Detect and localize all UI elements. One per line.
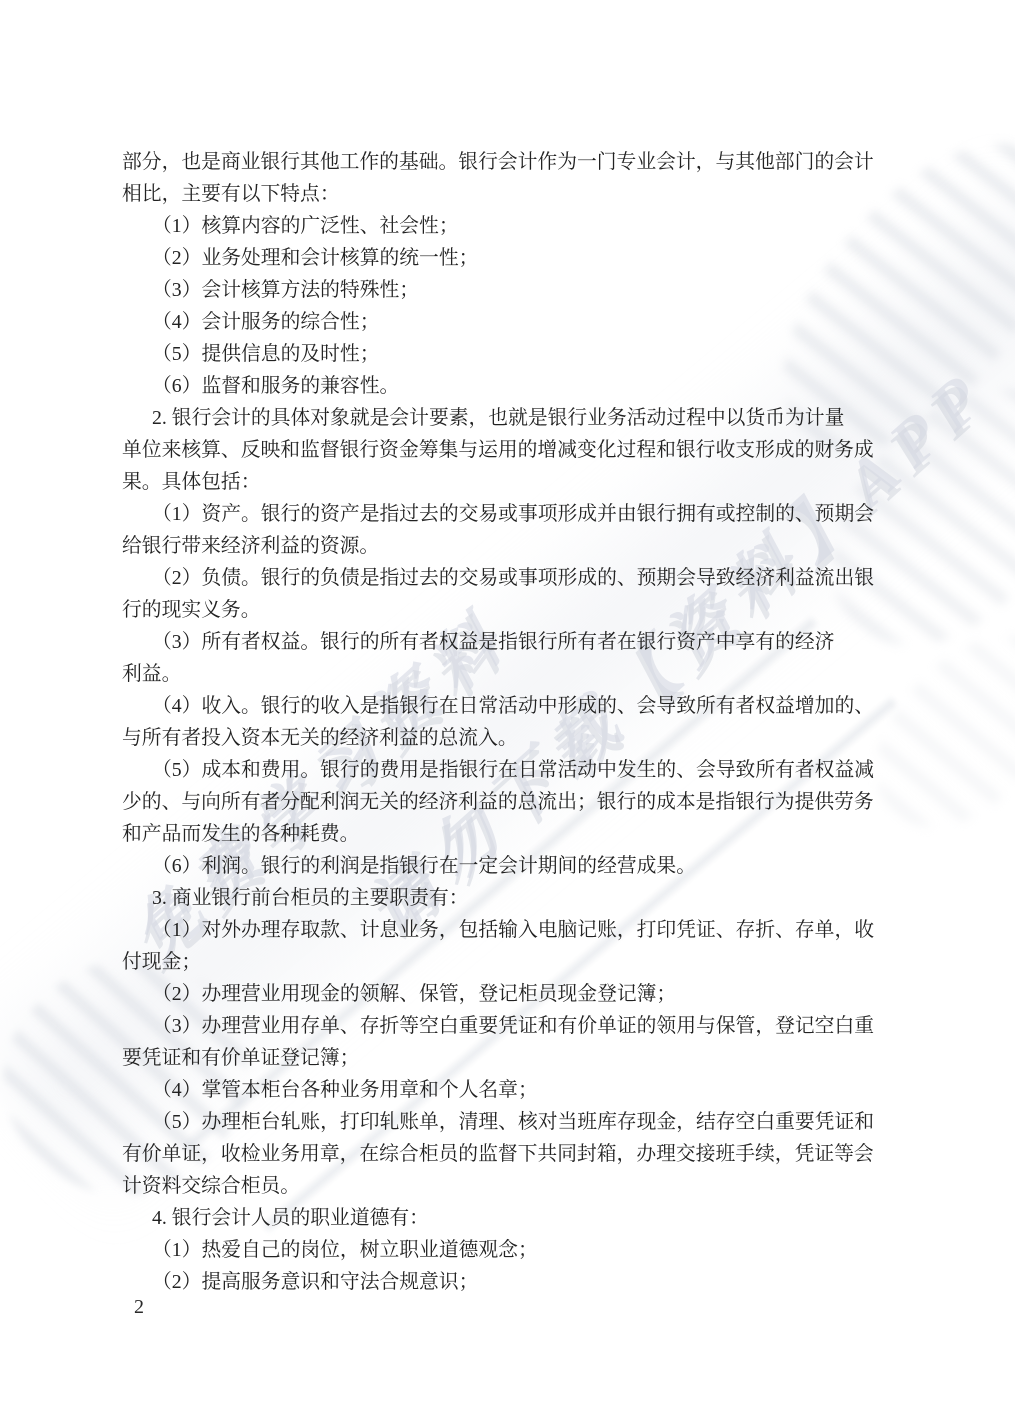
text-line: （3）所有者权益。银行的所有者权益是指银行所有者在银行资产中享有的经济 <box>122 626 882 658</box>
text-line: 要凭证和有价单证登记簿； <box>122 1042 882 1074</box>
text-line: 计资料交综合柜员。 <box>122 1170 882 1202</box>
text-line: （4）掌管本柜台各种业务用章和个人名章； <box>122 1074 882 1106</box>
document-text: 部分，也是商业银行其他工作的基础。银行会计作为一门专业会计，与其他部门的会计相比… <box>122 146 882 1298</box>
text-line: （2）业务处理和会计核算的统一性； <box>122 242 882 274</box>
text-line: 果。具体包括： <box>122 466 882 498</box>
text-line: 2. 银行会计的具体对象就是会计要素，也就是银行业务活动过程中以货币为计量 <box>122 402 882 434</box>
text-line: （1）资产。银行的资产是指过去的交易或事项形成并由银行拥有或控制的、预期会 <box>122 498 882 530</box>
document-page: 免费学习资料 请勿下载【资料】APP 部分，也是商业银行其他工作的基础。银行会计… <box>0 0 1015 1414</box>
text-line: 少的、与向所有者分配利润无关的经济利益的总流出；银行的成本是指银行为提供劳务 <box>122 786 882 818</box>
text-line: 部分，也是商业银行其他工作的基础。银行会计作为一门专业会计，与其他部门的会计 <box>122 146 882 178</box>
text-line: （1）核算内容的广泛性、社会性； <box>122 210 882 242</box>
text-line: （1）热爱自己的岗位，树立职业道德观念； <box>122 1234 882 1266</box>
text-line: 单位来核算、反映和监督银行资金筹集与运用的增减变化过程和银行收支形成的财务成 <box>122 434 882 466</box>
text-line: （4）收入。银行的收入是指银行在日常活动中形成的、会导致所有者权益增加的、 <box>122 690 882 722</box>
text-line: （6）利润。银行的利润是指银行在一定会计期间的经营成果。 <box>122 850 882 882</box>
text-line: 行的现实义务。 <box>122 594 882 626</box>
text-line: 利益。 <box>122 658 882 690</box>
text-line: 3. 商业银行前台柜员的主要职责有： <box>122 882 882 914</box>
text-line: 付现金； <box>122 946 882 978</box>
text-line: 和产品而发生的各种耗费。 <box>122 818 882 850</box>
text-line: 4. 银行会计人员的职业道德有： <box>122 1202 882 1234</box>
text-line: （5）成本和费用。银行的费用是指银行在日常活动中发生的、会导致所有者权益减 <box>122 754 882 786</box>
text-line: （2）办理营业用现金的领解、保管，登记柜员现金登记簿； <box>122 978 882 1010</box>
text-line: 与所有者投入资本无关的经济利益的总流入。 <box>122 722 882 754</box>
text-line: 相比，主要有以下特点： <box>122 178 882 210</box>
text-line: 给银行带来经济利益的资源。 <box>122 530 882 562</box>
text-line: 有价单证，收检业务用章，在综合柜员的监督下共同封箱，办理交接班手续，凭证等会 <box>122 1138 882 1170</box>
text-line: （6）监督和服务的兼容性。 <box>122 370 882 402</box>
text-line: （2）负债。银行的负债是指过去的交易或事项形成的、预期会导致经济利益流出银 <box>122 562 882 594</box>
text-line: （5）提供信息的及时性； <box>122 338 882 370</box>
text-line: （3）办理营业用存单、存折等空白重要凭证和有价单证的领用与保管，登记空白重 <box>122 1010 882 1042</box>
text-line: （1）对外办理存取款、计息业务，包括输入电脑记账，打印凭证、存折、存单，收 <box>122 914 882 946</box>
text-line: （2）提高服务意识和守法合规意识； <box>122 1266 882 1298</box>
page-number: 2 <box>134 1296 144 1319</box>
text-line: （3）会计核算方法的特殊性； <box>122 274 882 306</box>
text-line: （5）办理柜台轧账，打印轧账单，清理、核对当班库存现金，结存空白重要凭证和 <box>122 1106 882 1138</box>
text-line: （4）会计服务的综合性； <box>122 306 882 338</box>
